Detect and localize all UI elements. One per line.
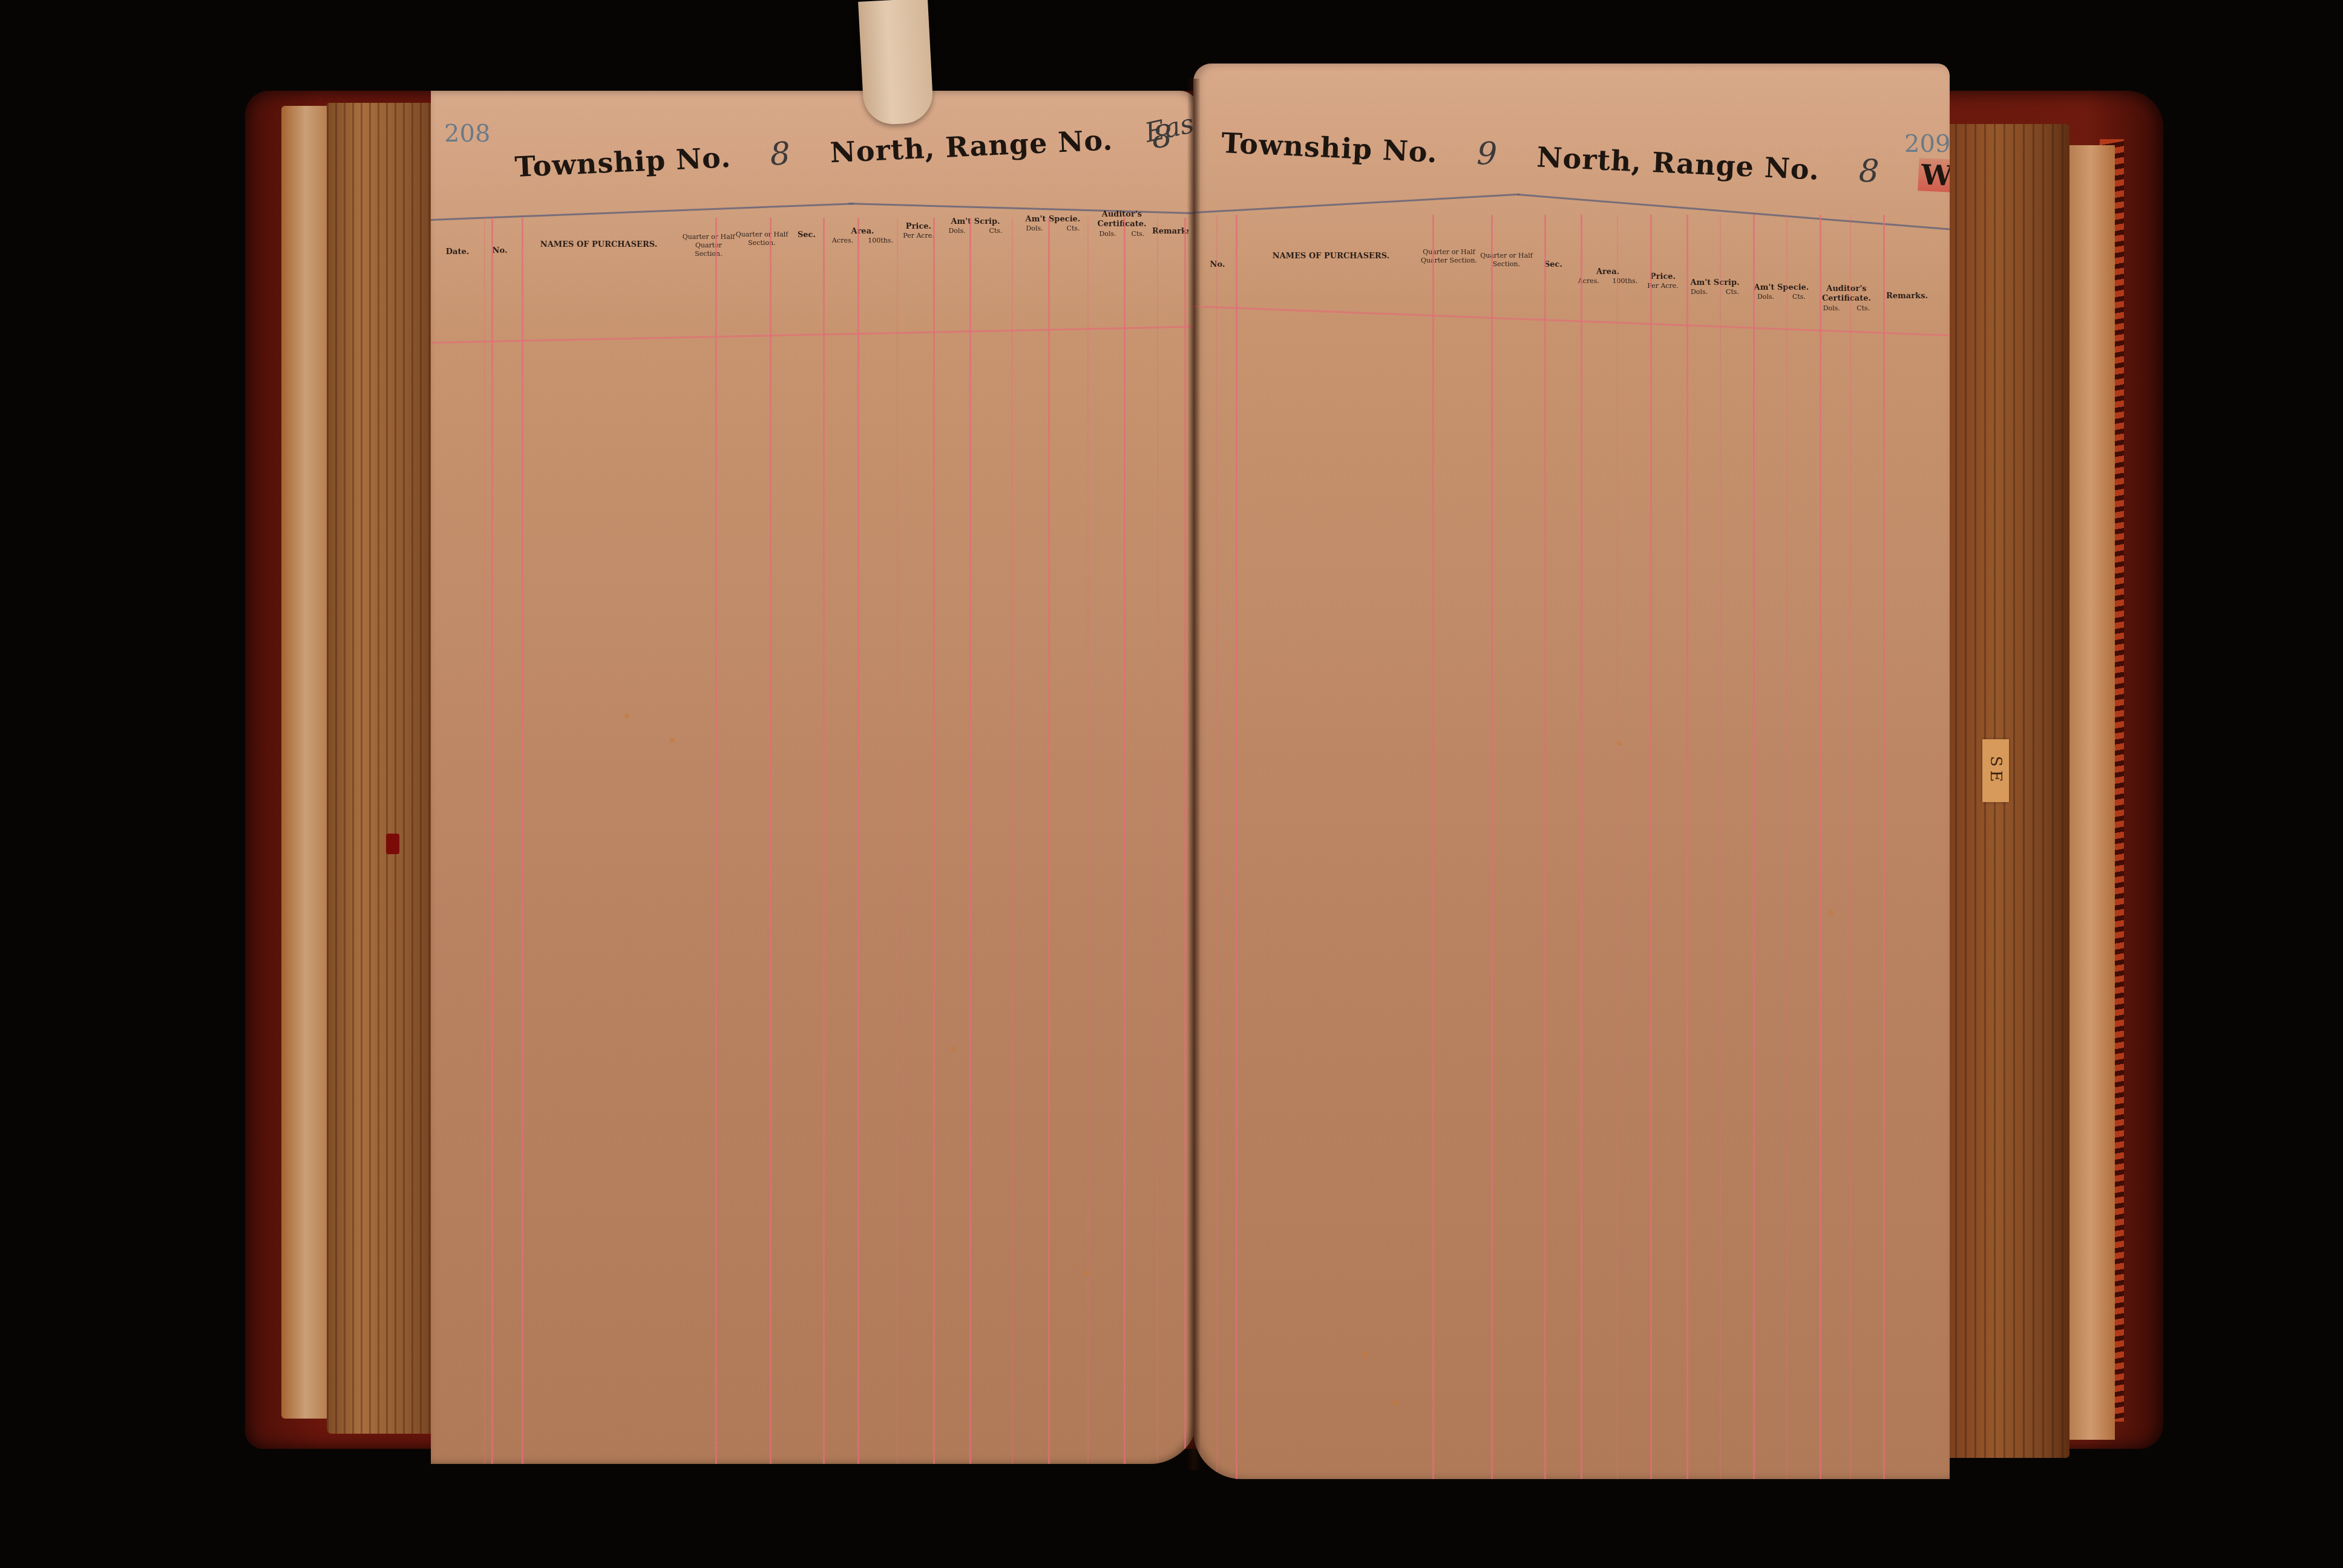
left-page-title: Township No. 8 North, Range No. 8 West. [514, 113, 1198, 185]
north-range-label: North, Range No. [1536, 141, 1821, 186]
red-mark-on-page-edges [386, 834, 399, 854]
range-value: 8 [1858, 153, 1881, 190]
right-page-number: 209 [1904, 130, 1950, 158]
left-flyleaf [281, 106, 330, 1419]
right-ruled-grid [1193, 215, 1950, 1479]
section-index-tab-label: SE [1987, 756, 2005, 786]
north-range-label: North, Range No. [830, 123, 1114, 169]
township-label: Township No. [1221, 126, 1438, 169]
right-page: 209 Township No. 9 North, Range No. 8 We… [1193, 64, 1950, 1479]
bookmark-ribbon[interactable] [858, 0, 934, 126]
left-page-edge-stack [327, 103, 442, 1434]
right-flyleaf [2066, 145, 2115, 1440]
book-gutter [1187, 79, 1201, 1470]
left-page: 208 Township No. 8 North, Range No. 8 We… [431, 91, 1198, 1464]
left-page-number: 208 [444, 120, 490, 148]
section-index-tab[interactable]: SE [1982, 739, 2009, 802]
left-ruled-grid [431, 218, 1198, 1464]
township-label: Township No. [514, 141, 732, 183]
township-value: 9 [1476, 136, 1498, 172]
township-value: 8 [769, 136, 791, 172]
